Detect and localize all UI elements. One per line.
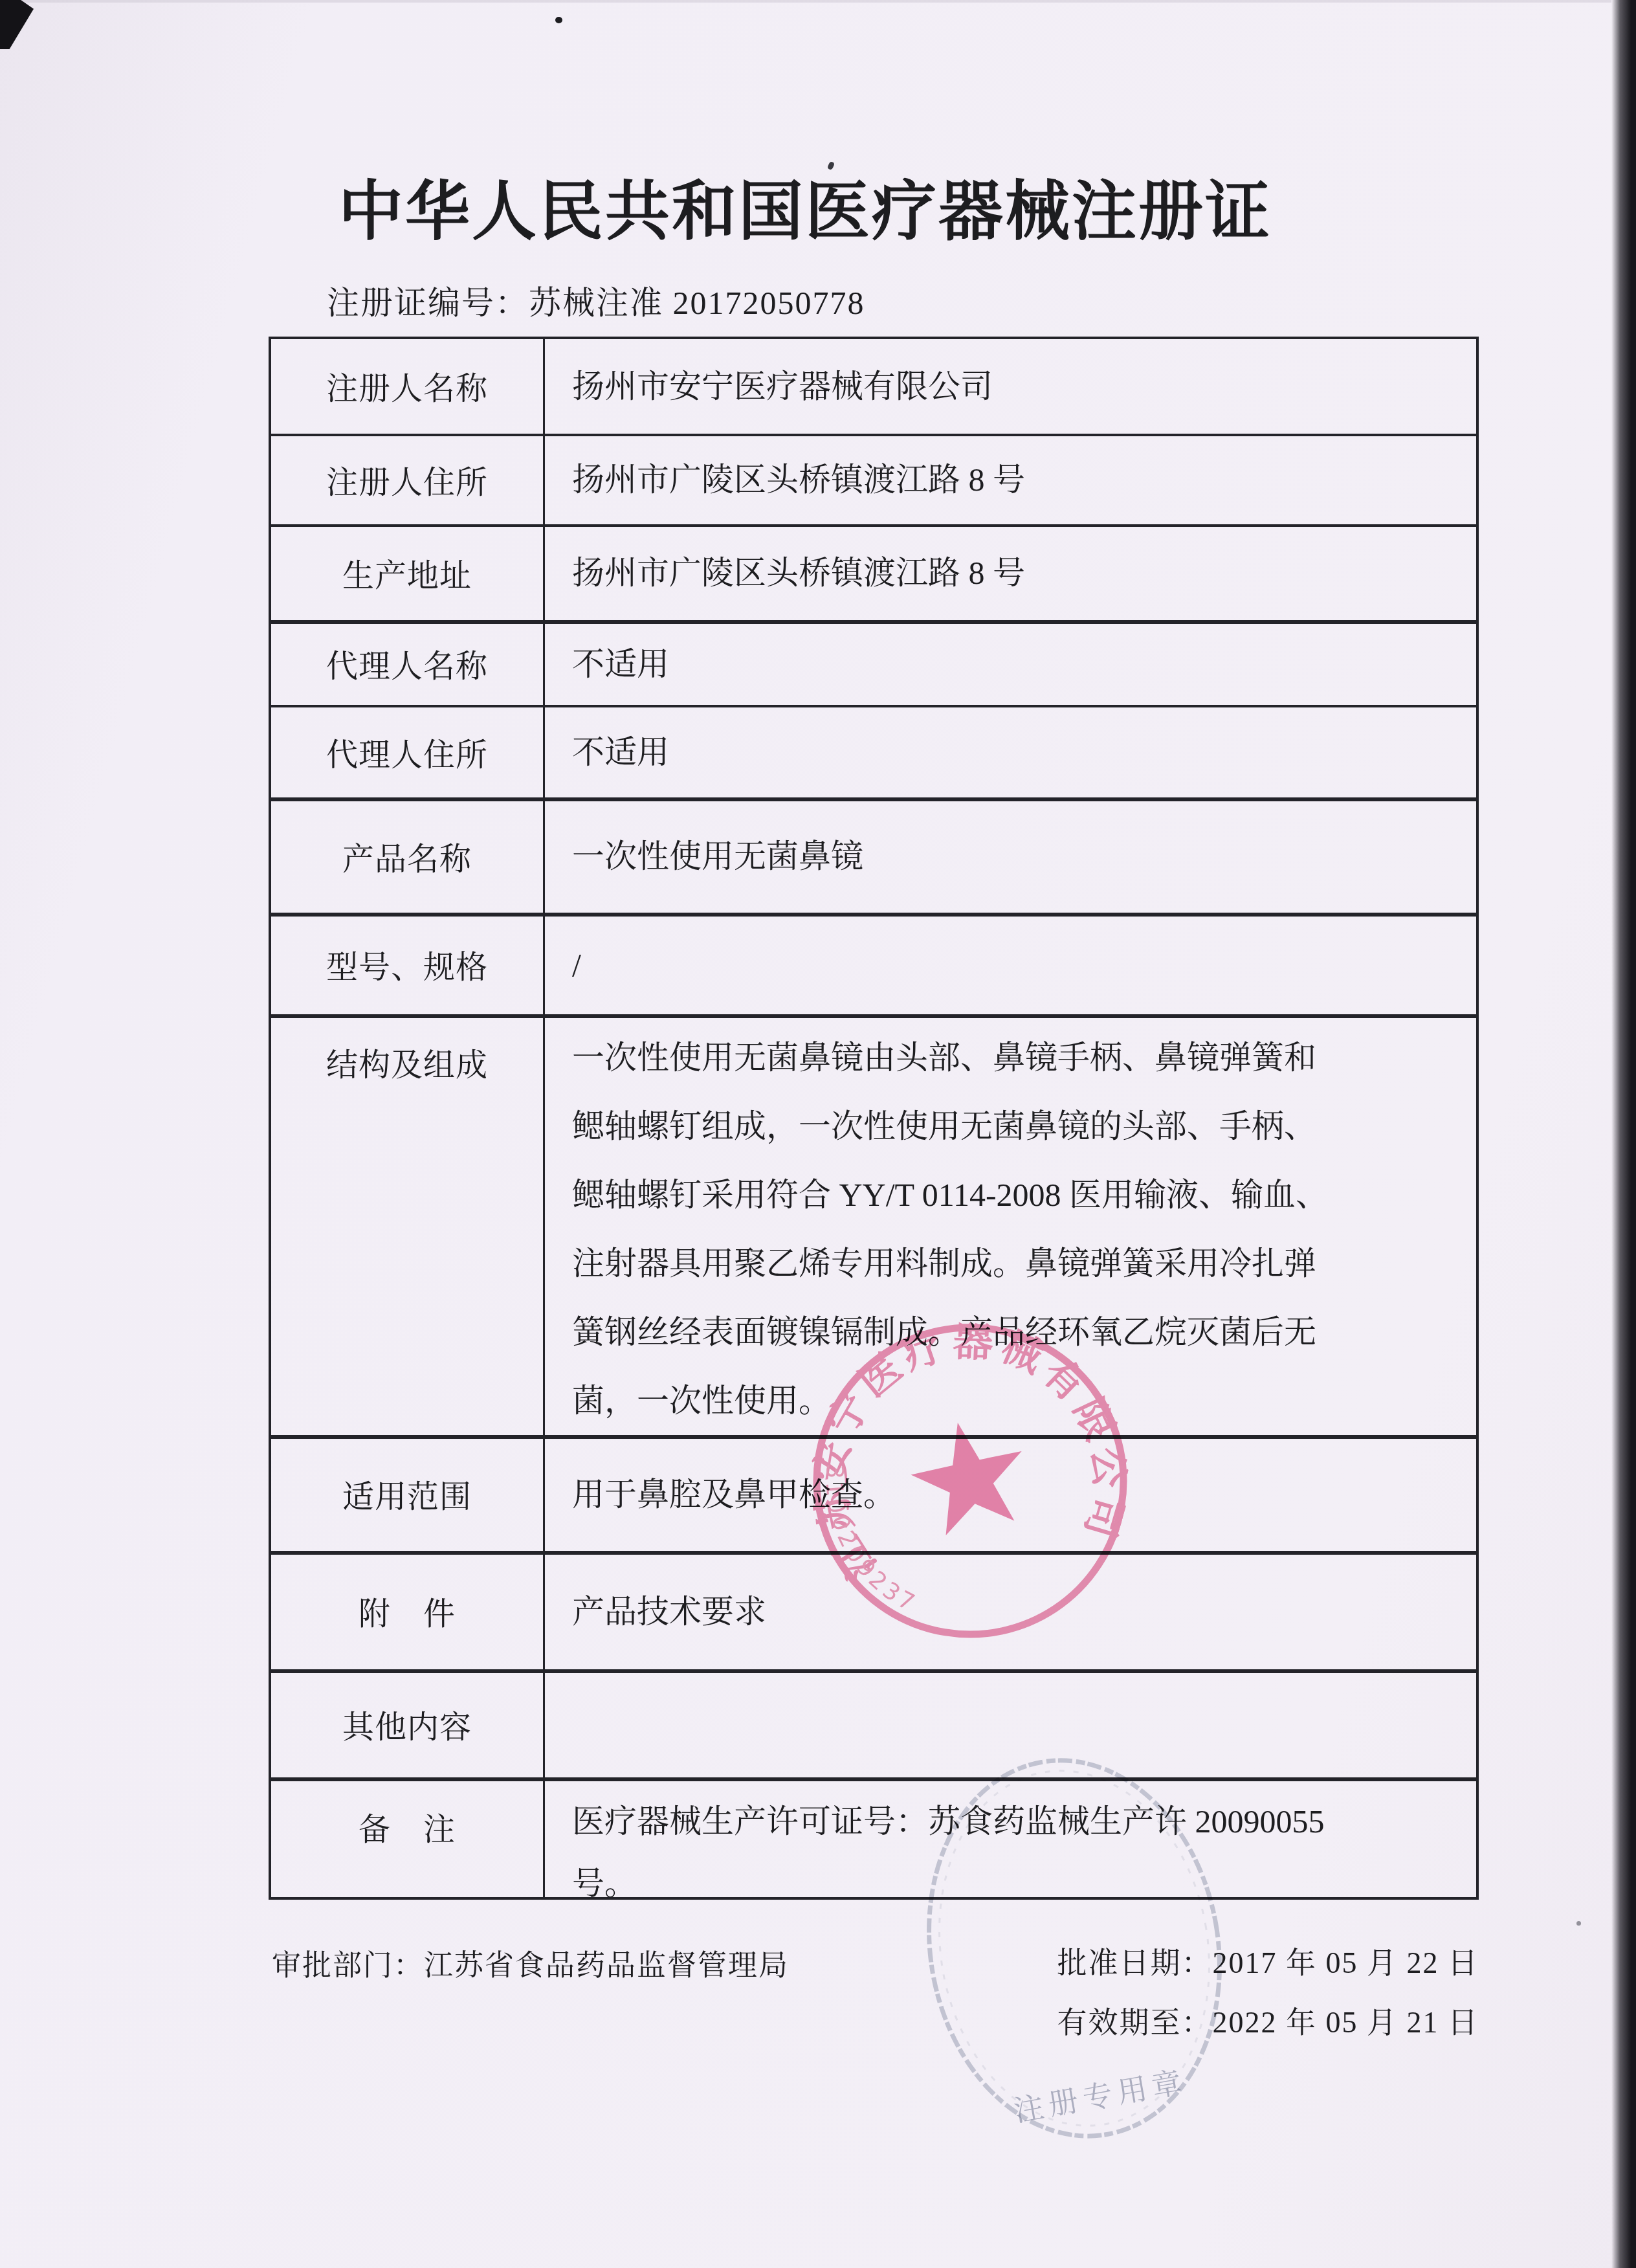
row-label: 其他内容 <box>271 1673 545 1777</box>
row-value: 扬州市安宁医疗器械有限公司 <box>545 339 1476 434</box>
row-value: / <box>545 917 1476 1014</box>
approval-department: 审批部门：江苏省食品药品监督管理局 <box>272 1942 789 1984</box>
table-row: 其他内容 <box>271 1669 1476 1777</box>
table-row: 代理人住所 不适用 <box>271 705 1476 797</box>
scan-speck <box>1576 1921 1581 1926</box>
row-label: 产品名称 <box>271 801 545 912</box>
company-seal-stamp: 江苏安宁医疗器械有限公司 310020923786 <box>789 1300 1151 1662</box>
row-value: 不适用 <box>545 624 1476 705</box>
table-row: 备 注 医疗器械生产许可证号：苏食药监械生产许 20090055 号。 <box>271 1777 1476 1897</box>
row-value: 一次性使用无菌鼻镜 <box>545 801 1476 912</box>
row-label: 代理人名称 <box>271 624 545 705</box>
registry-seal-stamp: 注册专用章 <box>919 1748 1230 2162</box>
row-label: 注册人住所 <box>271 436 545 524</box>
row-label: 适用范围 <box>271 1439 545 1551</box>
row-value: 扬州市广陵区头桥镇渡江路 8 号 <box>545 527 1476 620</box>
table-row: 产品名称 一次性使用无菌鼻镜 <box>271 797 1476 912</box>
table-row: 注册人名称 扬州市安宁医疗器械有限公司 <box>271 339 1476 434</box>
registration-number-line: 注册证编号：苏械注准 20172050778 <box>327 277 865 324</box>
certificate-table: 注册人名称 扬州市安宁医疗器械有限公司 注册人住所 扬州市广陵区头桥镇渡江路 8… <box>269 337 1479 1900</box>
company-seal-star <box>902 1411 1035 1540</box>
row-value: 不适用 <box>545 707 1476 797</box>
scan-corner-mark <box>0 0 34 49</box>
row-label: 注册人名称 <box>271 339 545 434</box>
row-label: 型号、规格 <box>271 917 545 1014</box>
table-row: 代理人名称 不适用 <box>271 620 1476 705</box>
scan-speck <box>555 17 562 23</box>
scan-right-shadow <box>1611 0 1636 2268</box>
registry-seal-text: 注册专用章 <box>1011 2065 1189 2128</box>
row-label: 备 注 <box>271 1781 545 1897</box>
row-value: 扬州市广陵区头桥镇渡江路 8 号 <box>545 436 1476 524</box>
table-row: 注册人住所 扬州市广陵区头桥镇渡江路 8 号 <box>271 434 1476 524</box>
row-label: 生产地址 <box>271 527 545 620</box>
table-row: 生产地址 扬州市广陵区头桥镇渡江路 8 号 <box>271 524 1476 620</box>
row-label: 结构及组成 <box>271 1018 545 1435</box>
row-label: 附 件 <box>271 1555 545 1669</box>
scan-top-edge <box>0 0 1611 3</box>
row-label: 代理人住所 <box>271 707 545 797</box>
table-row: 型号、规格 / <box>271 913 1476 1014</box>
certificate-page: 中华人民共和国医疗器械注册证 注册证编号：苏械注准 20172050778 注册… <box>0 0 1636 2268</box>
page-title: 中华人民共和国医疗器械注册证 <box>0 159 1610 252</box>
